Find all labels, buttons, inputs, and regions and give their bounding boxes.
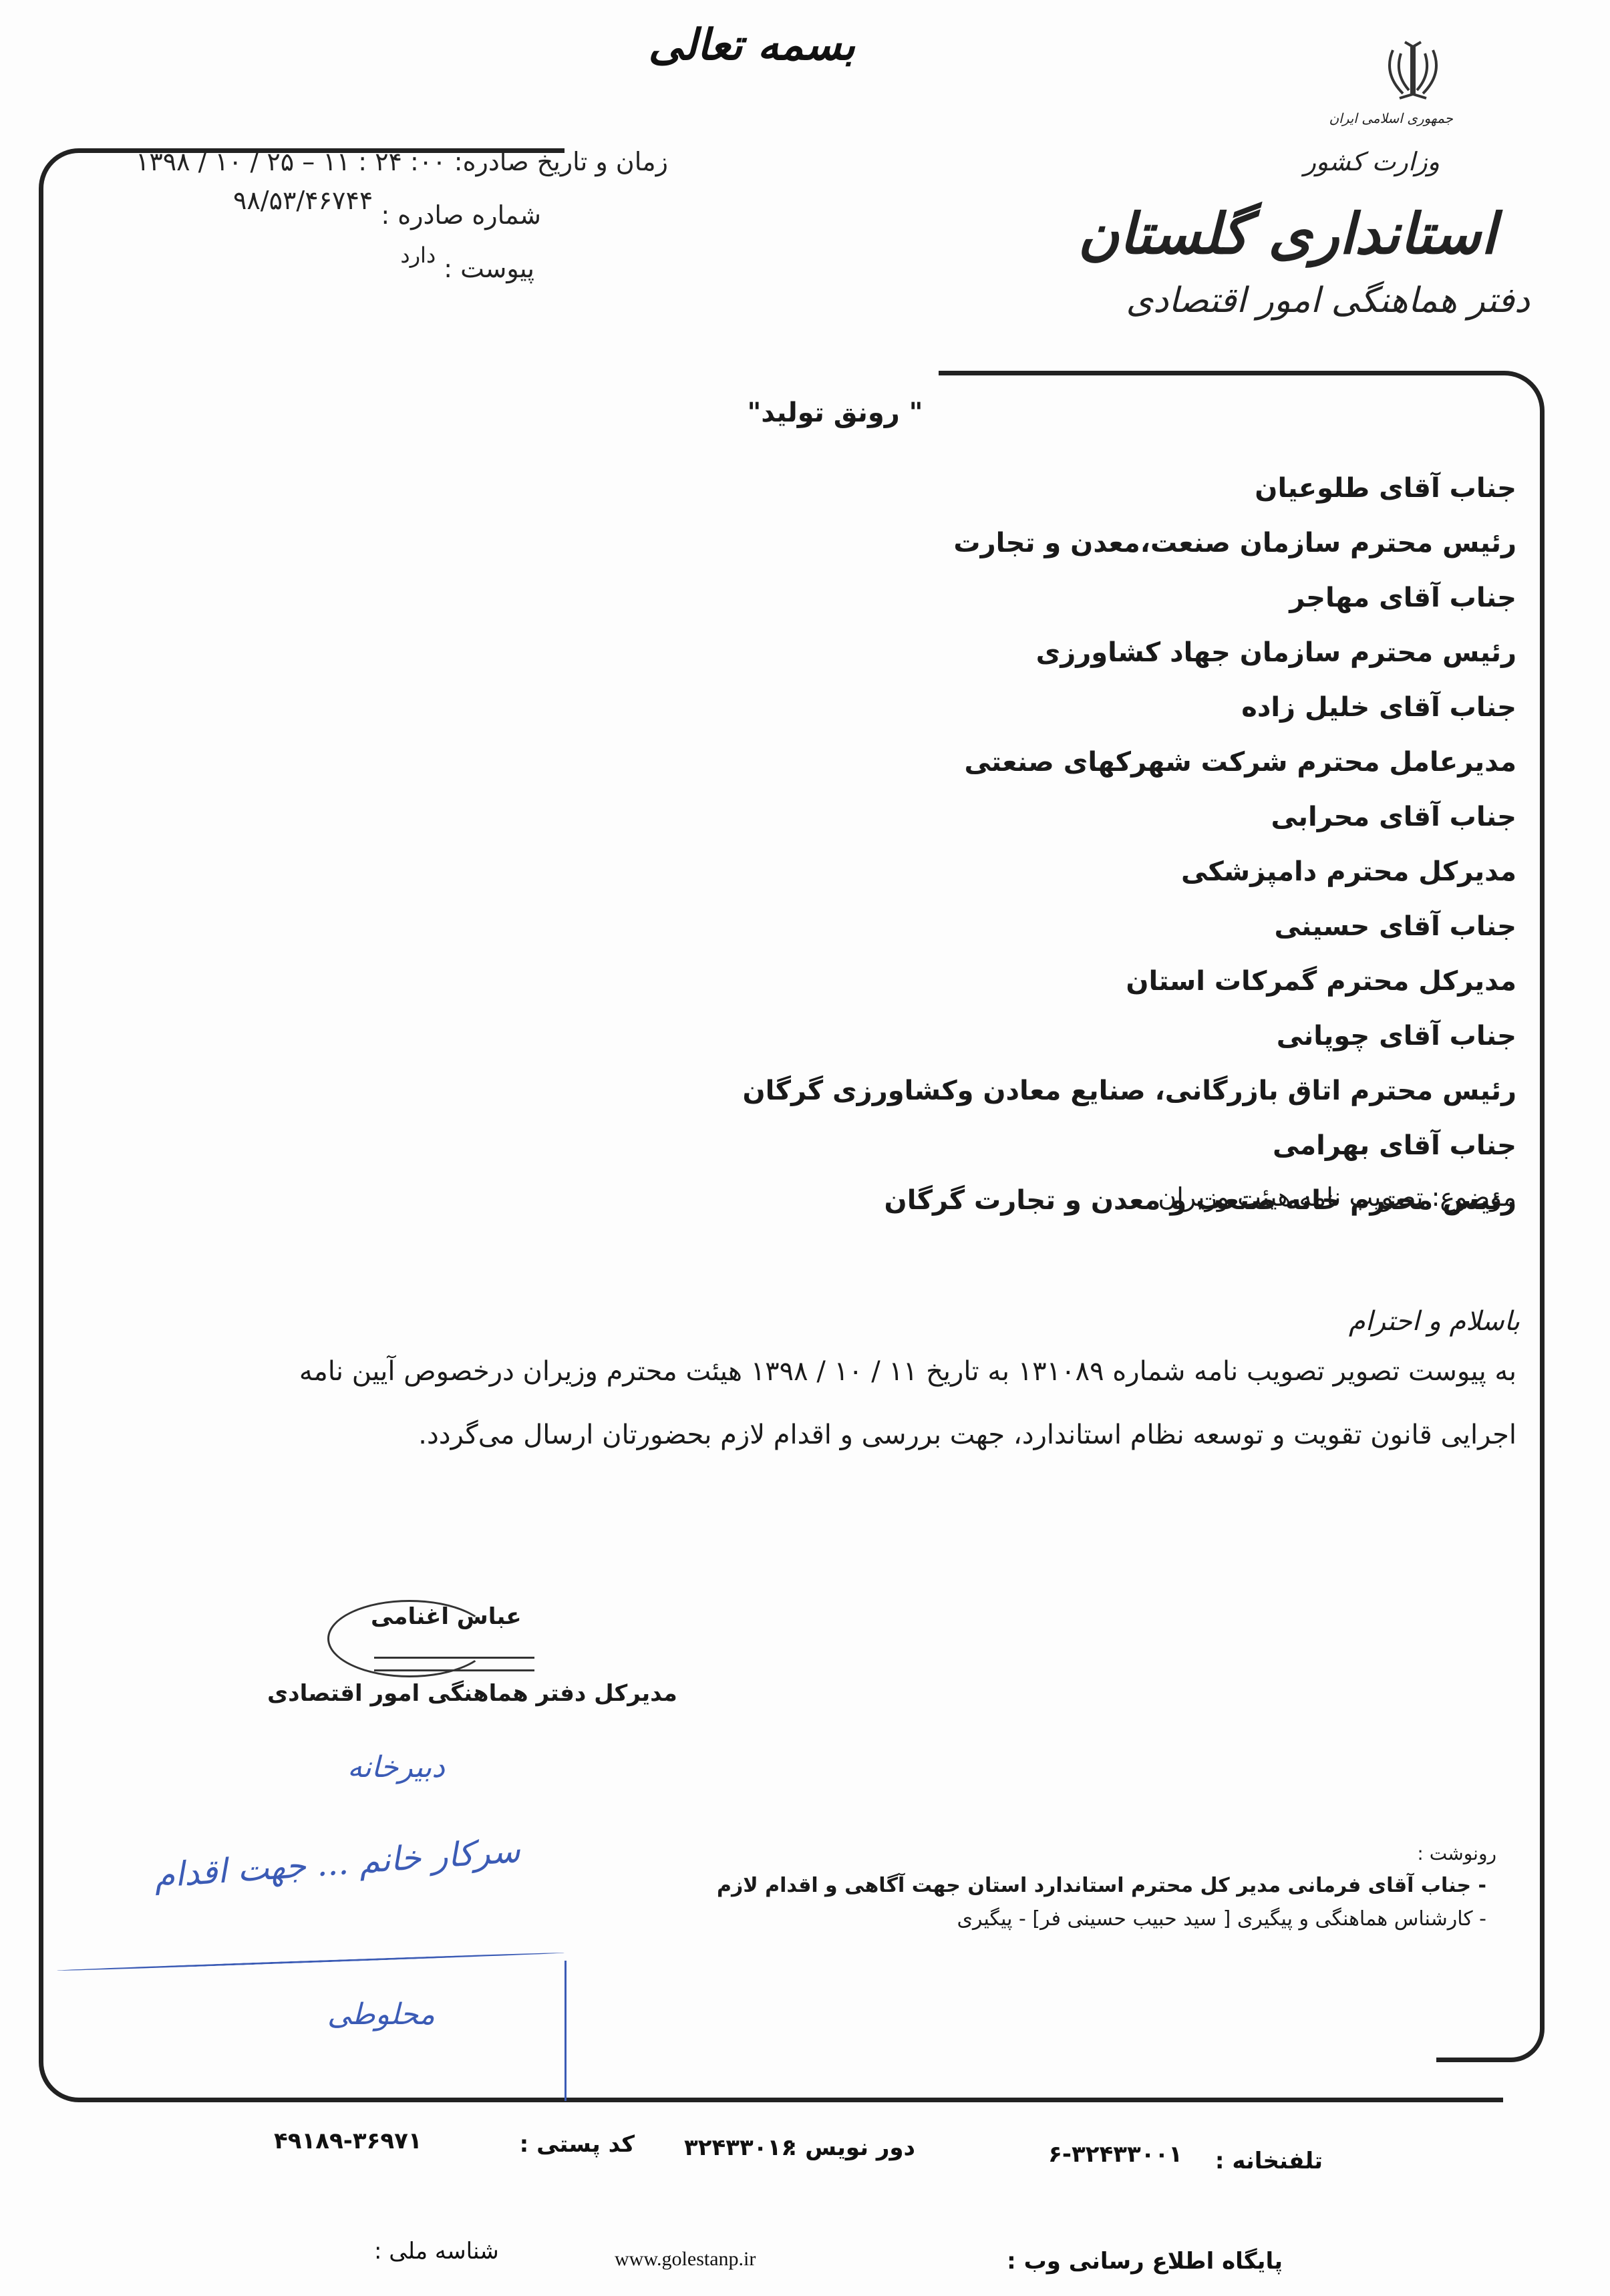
handwritten-note-line-2: سرکار خانم ... جهت اقدام	[153, 1831, 522, 1895]
recipient-name: جناب آقای مهاجر	[514, 570, 1516, 625]
handwritten-note-line-1: دبیرخانه	[347, 1750, 445, 1784]
attachment: پیوست : دارد	[400, 254, 534, 283]
footer-website-link[interactable]: www.golestanp.ir	[615, 2248, 756, 2271]
frame-left-border	[39, 220, 43, 2024]
letterhead-republic: جمهوری اسلامی ایران	[1329, 110, 1453, 126]
footer-fax-label: دور نویس :	[788, 2134, 915, 2161]
cc-title: رونوشت :	[1417, 1842, 1496, 1864]
recipient-name: جناب آقای محرابی	[514, 790, 1516, 844]
cc-item: - جناب آقای فرمانی مدیر کل محترم استاندا…	[717, 1874, 1486, 1897]
footer-fax-value: ۳۲۴۳۳۰۱۶	[684, 2134, 795, 2161]
recipient-name: جناب آقای حسینی	[514, 899, 1516, 954]
footer-postal-label: کد پستی :	[520, 2131, 635, 2158]
recipients-list: جناب آقای طلوعیان رئیس محترم سازمان صنعت…	[514, 461, 1516, 1228]
subject-line: موضوع: تصویب نامه هیئت وزیران	[1158, 1182, 1516, 1212]
recipient-name: جناب آقای بهرامی	[514, 1118, 1516, 1173]
frame-top-left-border	[39, 148, 565, 233]
letterhead-office: دفتر هماهنگی امور اقتصادی	[1126, 281, 1530, 321]
signatory-name: عباس اغنامی	[371, 1603, 522, 1630]
frame-right-border	[1540, 448, 1545, 2004]
handwritten-note-line-3: محلوطی	[327, 1997, 435, 2031]
recipient-title: مدیرعامل محترم شرکت شهرکهای صنعتی	[514, 735, 1516, 790]
attachment-label: پیوست :	[444, 254, 534, 283]
footer-postal-value: ۴۹۱۸۹-۳۶۹۷۱	[274, 2128, 422, 2154]
recipient-name: جناب آقای چوپانی	[514, 1009, 1516, 1063]
footer-phone-value: ۶-۳۲۴۳۳۰۰۱	[1048, 2141, 1182, 2168]
signatory-title: مدیرکل دفتر هماهنگی امور اقتصادی	[267, 1680, 677, 1707]
recipient-name: جناب آقای طلوعیان	[514, 461, 1516, 516]
frame-top-right-border	[939, 371, 1545, 456]
recipient-title: مدیرکل محترم دامپزشکی	[514, 844, 1516, 899]
greeting: باسلام و احترام	[1349, 1306, 1520, 1337]
recipient-title: رئیس محترم سازمان صنعت،معدن و تجارت	[514, 516, 1516, 570]
signature-underline	[374, 1657, 534, 1671]
attachment-value: دارد	[400, 242, 436, 268]
frame-bottom-left-border	[39, 2004, 845, 2102]
recipient-title: مدیرکل محترم گمرکات استان	[514, 954, 1516, 1009]
recipient-title: رئیس محترم سازمان جهاد کشاورزی	[514, 625, 1516, 680]
frame-bottom-border	[835, 2098, 1503, 2102]
handwritten-stroke	[57, 1952, 565, 1972]
slogan: " رونق تولید"	[715, 397, 955, 428]
recipient-name: جناب آقای خلیل زاده	[514, 680, 1516, 735]
body-paragraph-line-2: اجرایی قانون تقویت و توسعه نظام استاندار…	[418, 1420, 1516, 1450]
footer-national-id-label: شناسه ملی :	[374, 2238, 499, 2265]
footer-phone-label: تلفنخانه :	[1215, 2148, 1323, 2174]
cc-item: - کارشناس هماهنگی و پیگیری [ سید حبیب حس…	[957, 1907, 1486, 1931]
frame-bottom-right-border	[1436, 1991, 1545, 2062]
recipient-title: رئیس محترم اتاق بازرگانی، صنایع معادن وک…	[514, 1063, 1516, 1118]
handwritten-stroke-vertical	[565, 1961, 567, 2101]
basmala-heading: بسمه تعالی	[695, 20, 855, 70]
iran-emblem-icon	[1380, 37, 1446, 107]
letterhead-ministry: وزارت کشور	[1304, 147, 1440, 176]
letterhead-province: استانداری گلستان	[1078, 200, 1496, 267]
footer-website-label: پایگاه اطلاع رسانی وب :	[1007, 2248, 1283, 2275]
body-paragraph-line-1: به پیوست تصویر تصویب نامه شماره ۱۳۱۰۸۹ ب…	[299, 1356, 1516, 1387]
